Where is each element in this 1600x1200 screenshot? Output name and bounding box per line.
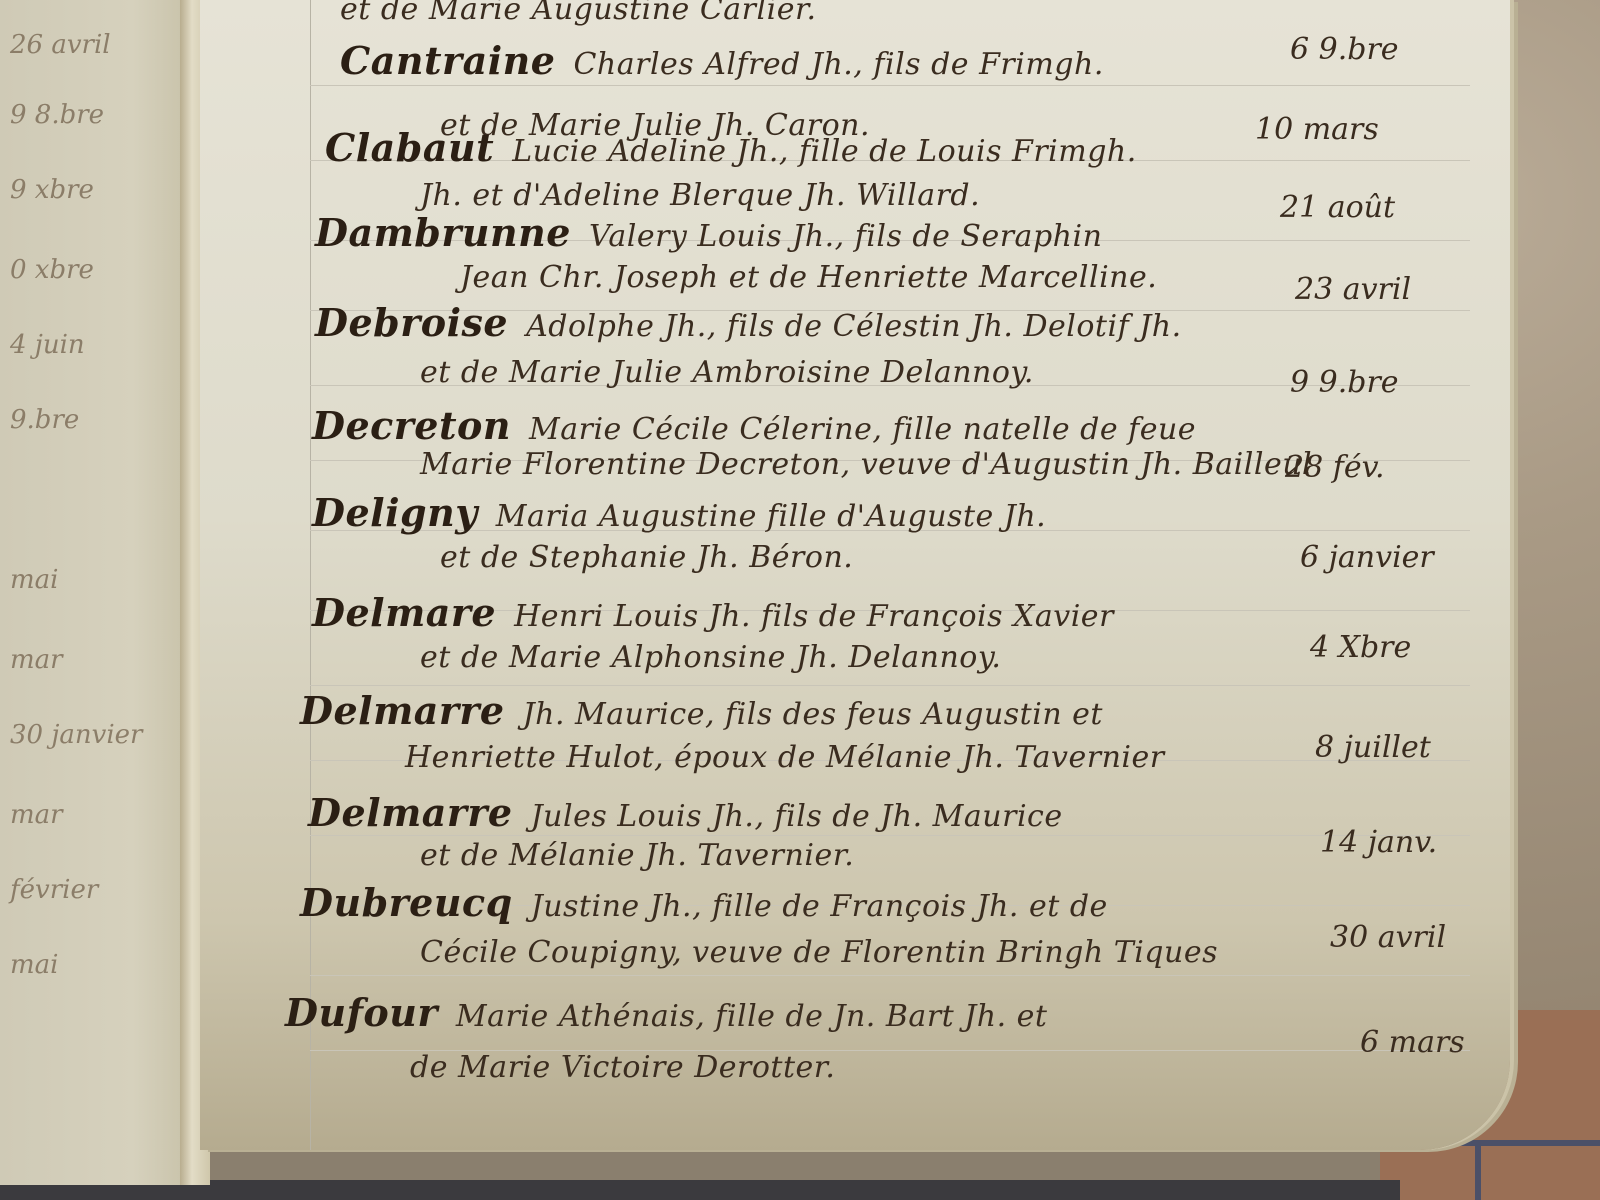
- register-entry: DufourMarie Athénais, fille de Jn. Bart …: [285, 990, 1047, 1035]
- entry-surname: Delmare: [312, 590, 496, 635]
- entry-line2: Jean Chr. Joseph et de Henriette Marcell…: [460, 260, 1157, 295]
- entry-surname: Dubreucq: [300, 880, 513, 925]
- right-page: [200, 0, 1510, 1150]
- left-date: février: [10, 875, 98, 905]
- entry-surname: Debroise: [315, 300, 508, 345]
- entry-surname: Dufour: [285, 990, 438, 1035]
- book-shadow: [0, 1180, 1400, 1200]
- left-date: mai: [10, 950, 58, 980]
- entry-surname: Delmarre: [308, 790, 513, 835]
- entry-date: 4 Xbre: [1310, 630, 1411, 665]
- entry-line1: Henri Louis Jh. fils de François Xavier: [514, 599, 1114, 634]
- register-entry: DambrunneValery Louis Jh., fils de Serap…: [315, 210, 1102, 255]
- entry-continuation: et de Marie Augustine Carlier.: [340, 0, 817, 27]
- entry-line1: Jules Louis Jh., fils de Jh. Maurice: [531, 799, 1063, 834]
- entry-line1: Marie Cécile Célerine, fille natelle de …: [529, 412, 1196, 447]
- entry-line2: Jh. et d'Adeline Blerque Jh. Willard.: [420, 178, 980, 213]
- entry-line1: Maria Augustine fille d'Auguste Jh.: [496, 499, 1046, 534]
- register-entry: CantraineCharles Alfred Jh., fils de Fri…: [340, 38, 1104, 83]
- left-date: 30 janvier: [10, 720, 142, 750]
- register-entry: DelignyMaria Augustine fille d'Auguste J…: [312, 490, 1046, 535]
- register-entry: DelmarreJules Louis Jh., fils de Jh. Mau…: [308, 790, 1063, 835]
- entry-line1: Jh. Maurice, fils des feus Augustin et: [523, 697, 1103, 732]
- entry-date: 10 mars: [1255, 112, 1379, 147]
- entry-surname: Decreton: [312, 403, 511, 448]
- left-date: mar: [10, 645, 63, 675]
- entry-line1: Charles Alfred Jh., fils de Frimgh.: [573, 47, 1103, 82]
- entry-line2: Henriette Hulot, époux de Mélanie Jh. Ta…: [405, 740, 1165, 775]
- left-date: 4 juin: [10, 330, 85, 360]
- entry-date: 30 avril: [1330, 920, 1446, 955]
- register-entry: DelmarreJh. Maurice, fils des feus Augus…: [300, 688, 1103, 733]
- entry-line2: Marie Florentine Decreton, veuve d'Augus…: [420, 447, 1312, 482]
- entry-surname: Cantraine: [340, 38, 555, 83]
- entry-line2: Cécile Coupigny, veuve de Florentin Brin…: [420, 935, 1218, 970]
- entry-date: 28 fév.: [1285, 450, 1385, 485]
- entry-line1: Valery Louis Jh., fils de Seraphin: [589, 219, 1102, 254]
- entry-line2: et de Marie Alphonsine Jh. Delannoy.: [420, 640, 1001, 675]
- left-date: 9 8.bre: [10, 100, 104, 130]
- entry-surname: Dambrunne: [315, 210, 571, 255]
- entry-date: 23 avril: [1295, 272, 1411, 307]
- left-date: 9.bre: [10, 405, 79, 435]
- ruled-line: [310, 975, 1470, 976]
- entry-line2: et de Marie Julie Ambroisine Delannoy.: [420, 355, 1034, 390]
- entry-line1: Justine Jh., fille de François Jh. et de: [531, 889, 1108, 924]
- left-date: 9 xbre: [10, 175, 94, 205]
- entry-line1: Adolphe Jh., fils de Célestin Jh. Deloti…: [526, 309, 1182, 344]
- entry-surname: Deligny: [312, 490, 478, 535]
- ruled-line: [310, 685, 1470, 686]
- left-date: mai: [10, 565, 58, 595]
- entry-surname: Clabaut: [325, 125, 494, 170]
- ruled-line: [310, 835, 1470, 836]
- register-entry: ClabautLucie Adeline Jh., fille de Louis…: [325, 125, 1137, 170]
- entry-date: 9 9.bre: [1290, 365, 1399, 400]
- left-date: 0 xbre: [10, 255, 94, 285]
- entry-line1: Marie Athénais, fille de Jn. Bart Jh. et: [456, 999, 1048, 1034]
- register-entry: DebroiseAdolphe Jh., fils de Célestin Jh…: [315, 300, 1182, 345]
- ruled-line: [310, 85, 1470, 86]
- entry-line2: et de Stephanie Jh. Béron.: [440, 540, 853, 575]
- entry-date: 6 9.bre: [1290, 32, 1399, 67]
- register-entry: DecretonMarie Cécile Célerine, fille nat…: [312, 403, 1196, 448]
- entry-line2: de Marie Victoire Derotter.: [410, 1050, 835, 1085]
- entry-date: 21 août: [1280, 190, 1395, 225]
- left-date: mar: [10, 800, 63, 830]
- register-entry: DelmareHenri Louis Jh. fils de François …: [312, 590, 1114, 635]
- entry-line2: et de Mélanie Jh. Tavernier.: [420, 838, 854, 873]
- entry-date: 6 mars: [1360, 1025, 1465, 1060]
- left-date: 26 avril: [10, 30, 111, 60]
- entry-date: 14 janv.: [1320, 825, 1437, 860]
- entry-surname: Delmarre: [300, 688, 505, 733]
- entry-date: 6 janvier: [1300, 540, 1434, 575]
- tile-grout: [1475, 1140, 1481, 1200]
- margin-line: [310, 0, 311, 1150]
- register-entry: DubreucqJustine Jh., fille de François J…: [300, 880, 1108, 925]
- left-page: 26 avril 9 8.bre 9 xbre 0 xbre 4 juin 9.…: [0, 0, 192, 1185]
- entry-line1: Lucie Adeline Jh., fille de Louis Frimgh…: [512, 134, 1137, 169]
- entry-date: 8 juillet: [1315, 730, 1431, 765]
